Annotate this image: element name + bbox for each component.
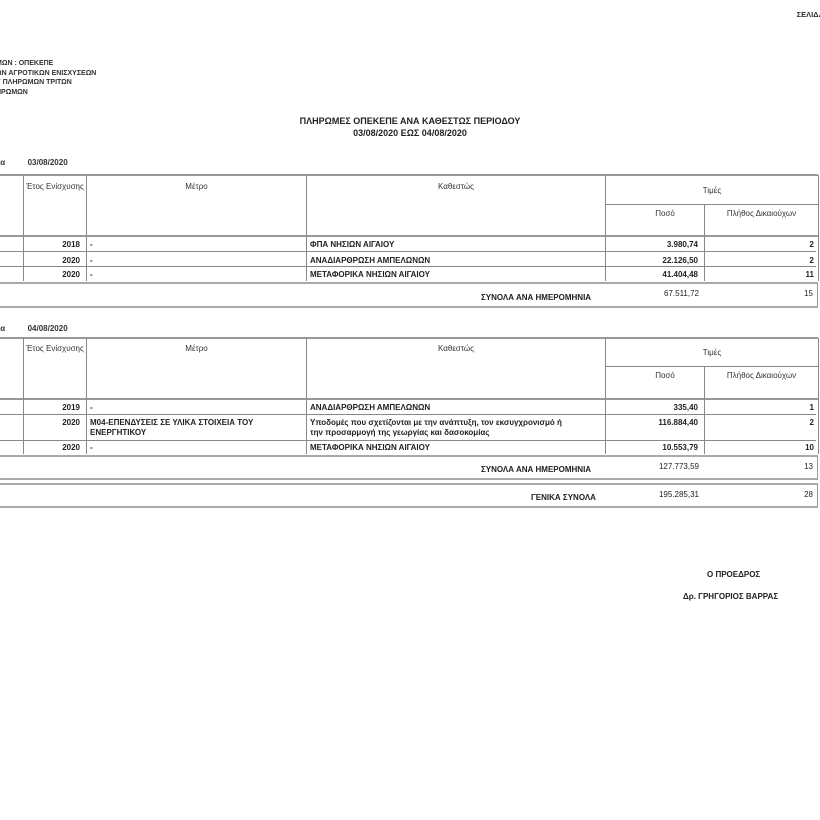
organization-line: ΜΩΝ : ΟΠΕΚΕΠΕ	[0, 59, 96, 69]
measure-cell: Μ04-ΕΠΕΝΔΥΣΕΙΣ ΣΕ ΥΛΙΚΑ ΣΤΟΙΧΕΙΑ ΤΟΥ ΕΝΕ…	[90, 418, 253, 438]
beneficiaries-cell: 11	[705, 270, 814, 279]
column-header-year: Έτος Ενίσχυσης	[24, 182, 86, 192]
amount-cell: 10.553,79	[606, 443, 698, 452]
column-header-values: Τιμές	[606, 348, 818, 358]
signature-name: Δρ. ΓΡΗΓΟΡΙΟΣ ΒΑΡΡΑΣ	[683, 592, 778, 601]
column-header-beneficiaries: Πλήθος Δικαιούχων	[705, 209, 818, 219]
year-cell: 2020	[24, 256, 80, 265]
measure-line: ΕΝΕΡΓΗΤΙΚΟΥ	[90, 428, 253, 438]
grand-total-beneficiaries: 28	[699, 490, 813, 499]
total-amount: 67.511,72	[599, 289, 699, 298]
regime-cell: Υποδομές που σχετίζονται με την ανάπτυξη…	[310, 418, 562, 438]
amount-cell: 22.126,50	[606, 256, 698, 265]
year-cell: 2019	[24, 403, 80, 412]
section-date-label: ία 04/08/2020	[0, 324, 68, 333]
section-date: 04/08/2020	[28, 324, 68, 333]
column-header-measure: Μέτρο	[87, 344, 306, 354]
total-beneficiaries: 15	[699, 289, 813, 298]
organization-block: ΜΩΝ : ΟΠΕΚΕΠΕ ΩΝ ΑΓΡΟΤΙΚΩΝ ΕΝΙΣΧΥΣΕΩΝ Υ …	[0, 59, 96, 97]
measure-cell: -	[90, 256, 93, 265]
signature-role: Ο ΠΡΟΕΔΡΟΣ	[707, 570, 760, 579]
beneficiaries-cell: 1	[705, 403, 814, 412]
beneficiaries-cell: 2	[705, 418, 814, 427]
year-cell: 2020	[24, 270, 80, 279]
organization-line: Υ ΠΛΗΡΩΜΩΝ ΤΡΙΤΩΝ	[0, 78, 96, 88]
total-label: ΣΥΝΟΛΑ ΑΝΑ ΗΜΕΡΟΜΗΝΙΑ	[481, 293, 591, 302]
grand-total-amount: 195.285,31	[599, 490, 699, 499]
amount-cell: 335,40	[606, 403, 698, 412]
date-prefix: ία	[0, 158, 5, 167]
regime-line: Υποδομές που σχετίζονται με την ανάπτυξη…	[310, 418, 562, 428]
beneficiaries-cell: 2	[705, 240, 814, 249]
regime-line: την προσαρμογή της γεωργίας και δασοκομί…	[310, 428, 562, 438]
total-beneficiaries: 13	[699, 462, 813, 471]
report-title: ΠΛΗΡΩΜΕΣ ΟΠΕΚΕΠΕ ΑΝΑ ΚΑΘΕΣΤΩΣ ΠΕΡΙΟΔΟΥ	[0, 115, 820, 127]
measure-cell: -	[90, 240, 93, 249]
measure-cell: -	[90, 270, 93, 279]
column-header-regime: Καθεστώς	[307, 182, 605, 192]
year-cell: 2020	[24, 418, 80, 427]
total-amount: 127.773,59	[599, 462, 699, 471]
column-header-beneficiaries: Πλήθος Δικαιούχων	[705, 371, 818, 381]
column-header-measure: Μέτρο	[87, 182, 306, 192]
measure-cell: -	[90, 403, 93, 412]
amount-cell: 116.884,40	[606, 418, 698, 427]
report-title-block: ΠΛΗΡΩΜΕΣ ΟΠΕΚΕΠΕ ΑΝΑ ΚΑΘΕΣΤΩΣ ΠΕΡΙΟΔΟΥ 0…	[0, 115, 820, 139]
organization-line: ΗΡΩΜΩΝ	[0, 88, 96, 98]
regime-cell: ΦΠΑ ΝΗΣΙΩΝ ΑΙΓΑΙΟΥ	[310, 240, 394, 249]
year-cell: 2020	[24, 443, 80, 452]
amount-cell: 41.404,48	[606, 270, 698, 279]
section-date-label: ία 03/08/2020	[0, 158, 68, 167]
grand-total-label: ΓΕΝΙΚΑ ΣΥΝΟΛΑ	[531, 493, 596, 502]
column-header-values: Τιμές	[606, 186, 818, 196]
total-label: ΣΥΝΟΛΑ ΑΝΑ ΗΜΕΡΟΜΗΝΙΑ	[481, 465, 591, 474]
beneficiaries-cell: 10	[705, 443, 814, 452]
report-period: 03/08/2020 ΕΩΣ 04/08/2020	[0, 127, 820, 139]
organization-line: ΩΝ ΑΓΡΟΤΙΚΩΝ ΕΝΙΣΧΥΣΕΩΝ	[0, 69, 96, 79]
regime-cell: ΑΝΑΔΙΑΡΘΡΩΣΗ ΑΜΠΕΛΩΝΩΝ	[310, 403, 430, 412]
amount-cell: 3.980,74	[606, 240, 698, 249]
measure-cell: -	[90, 443, 93, 452]
grand-total-row: ΓΕΝΙΚΑ ΣΥΝΟΛΑ 195.285,31 28	[0, 483, 818, 508]
date-total-row: ΣΥΝΟΛΑ ΑΝΑ ΗΜΕΡΟΜΗΝΙΑ 127.773,59 13	[0, 455, 818, 480]
measure-line: Μ04-ΕΠΕΝΔΥΣΕΙΣ ΣΕ ΥΛΙΚΑ ΣΤΟΙΧΕΙΑ ΤΟΥ	[90, 418, 253, 428]
column-header-year: Έτος Ενίσχυσης	[24, 344, 86, 354]
date-prefix: ία	[0, 324, 5, 333]
date-total-row: ΣΥΝΟΛΑ ΑΝΑ ΗΜΕΡΟΜΗΝΙΑ 67.511,72 15	[0, 282, 818, 308]
regime-cell: ΑΝΑΔΙΑΡΘΡΩΣΗ ΑΜΠΕΛΩΝΩΝ	[310, 256, 430, 265]
regime-cell: ΜΕΤΑΦΟΡΙΚΑ ΝΗΣΙΩΝ ΑΙΓΑΙΟΥ	[310, 443, 430, 452]
year-cell: 2018	[24, 240, 80, 249]
page-label: ΣΕΛΙΔΑ	[797, 10, 820, 19]
section-date: 03/08/2020	[28, 158, 68, 167]
column-header-regime: Καθεστώς	[307, 344, 605, 354]
regime-cell: ΜΕΤΑΦΟΡΙΚΑ ΝΗΣΙΩΝ ΑΙΓΑΙΟΥ	[310, 270, 430, 279]
beneficiaries-cell: 2	[705, 256, 814, 265]
